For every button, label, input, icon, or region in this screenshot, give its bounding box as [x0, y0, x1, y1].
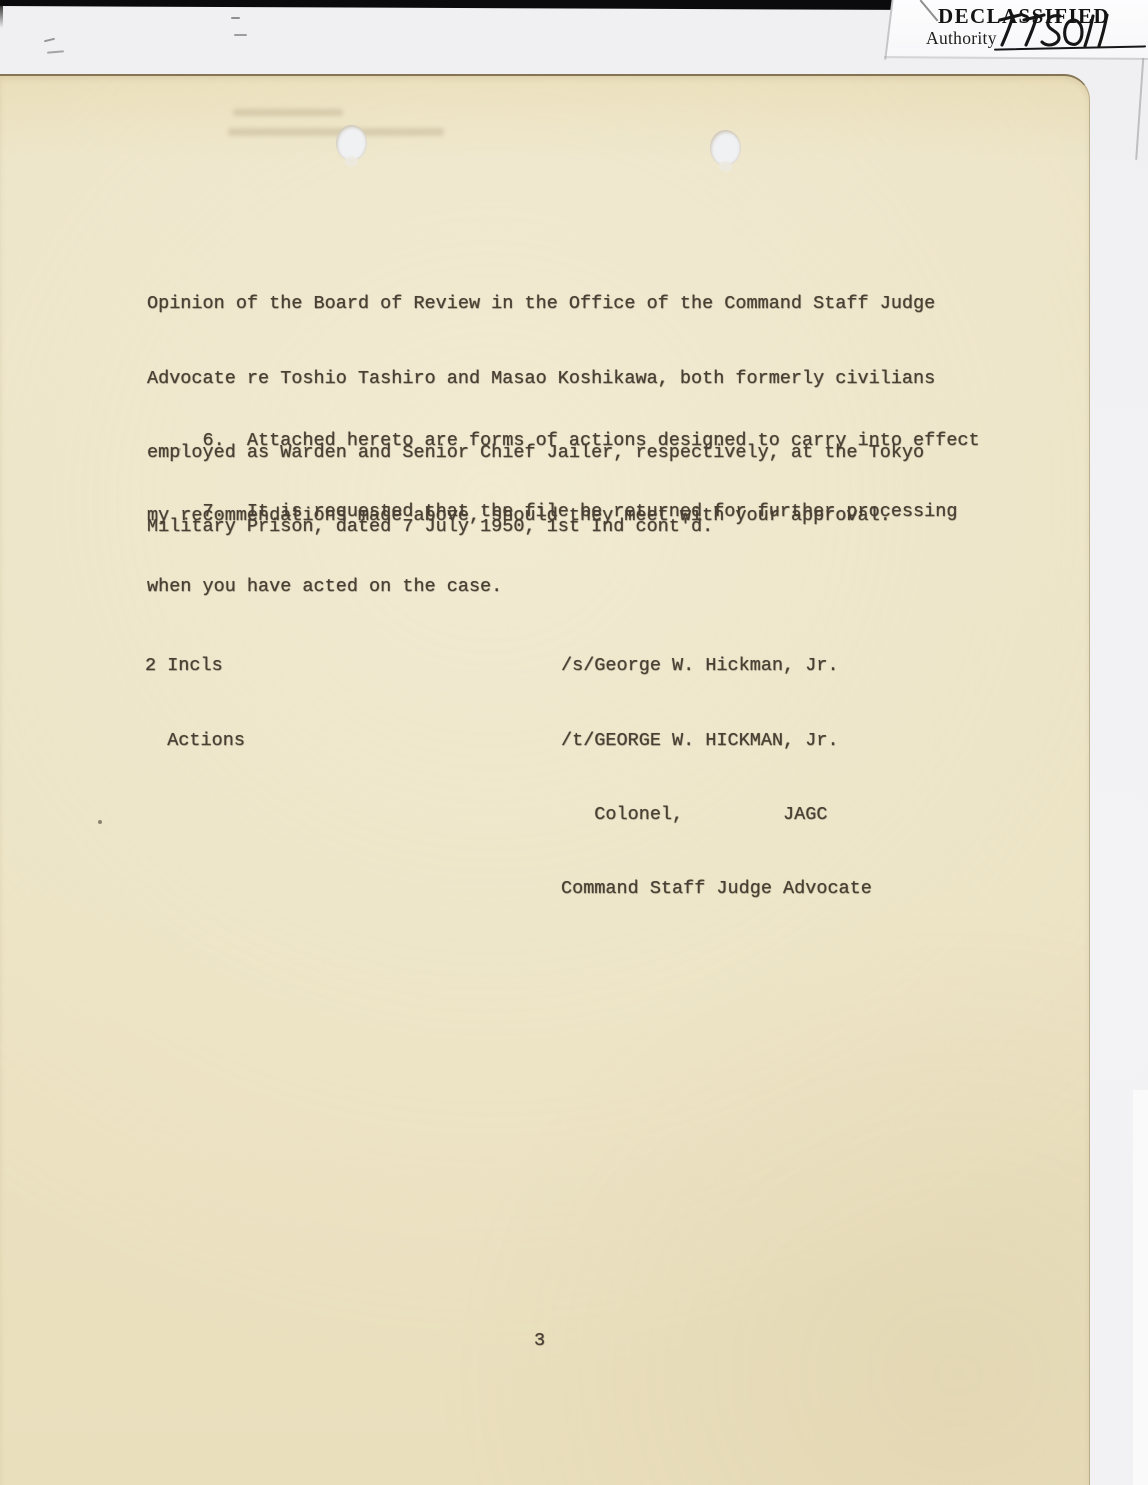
ghost-text-smudge: [228, 128, 444, 136]
text-line: /s/George W. Hickman, Jr.: [561, 654, 872, 679]
scan-edge-right-sliver: [1135, 50, 1145, 160]
scanned-document-page: DECLASSIFIED Authority Opinion of the Bo…: [0, 0, 1148, 1485]
text-line: 2 Incls: [145, 654, 245, 679]
text-line: when you have acted on the case.: [147, 575, 957, 600]
smudge-mark: [234, 34, 247, 36]
text-line: Command Staff Judge Advocate: [561, 877, 872, 902]
hole-punch-right: [710, 130, 741, 166]
handwritten-authority-number: [997, 11, 1113, 51]
stamp-authority-label: Authority: [926, 28, 997, 49]
ghost-text-smudge: [233, 109, 343, 116]
page-number: 3: [534, 1329, 545, 1354]
ink-speck: [98, 820, 102, 824]
signature-block: /s/George W. Hickman, Jr. /t/GEORGE W. H…: [561, 605, 872, 951]
text-line: /t/GEORGE W. HICKMAN, Jr.: [561, 729, 872, 754]
scan-edge-black-strip: [0, 0, 896, 10]
smudge-mark: [47, 50, 64, 53]
hole-punch-left: [336, 125, 367, 161]
text-line: Colonel, JAGC: [561, 803, 872, 828]
smudge-mark: [231, 17, 240, 19]
scan-edge-left-sliver: [0, 0, 3, 28]
text-line: Opinion of the Board of Review in the Of…: [147, 292, 935, 317]
scanner-right-strip: [1133, 1090, 1148, 1485]
text-line: 7. It is requested that the file be retu…: [147, 500, 957, 525]
text-line: Actions: [145, 729, 245, 754]
enclosures-block: 2 Incls Actions: [145, 605, 245, 803]
smudge-mark: [44, 38, 55, 43]
